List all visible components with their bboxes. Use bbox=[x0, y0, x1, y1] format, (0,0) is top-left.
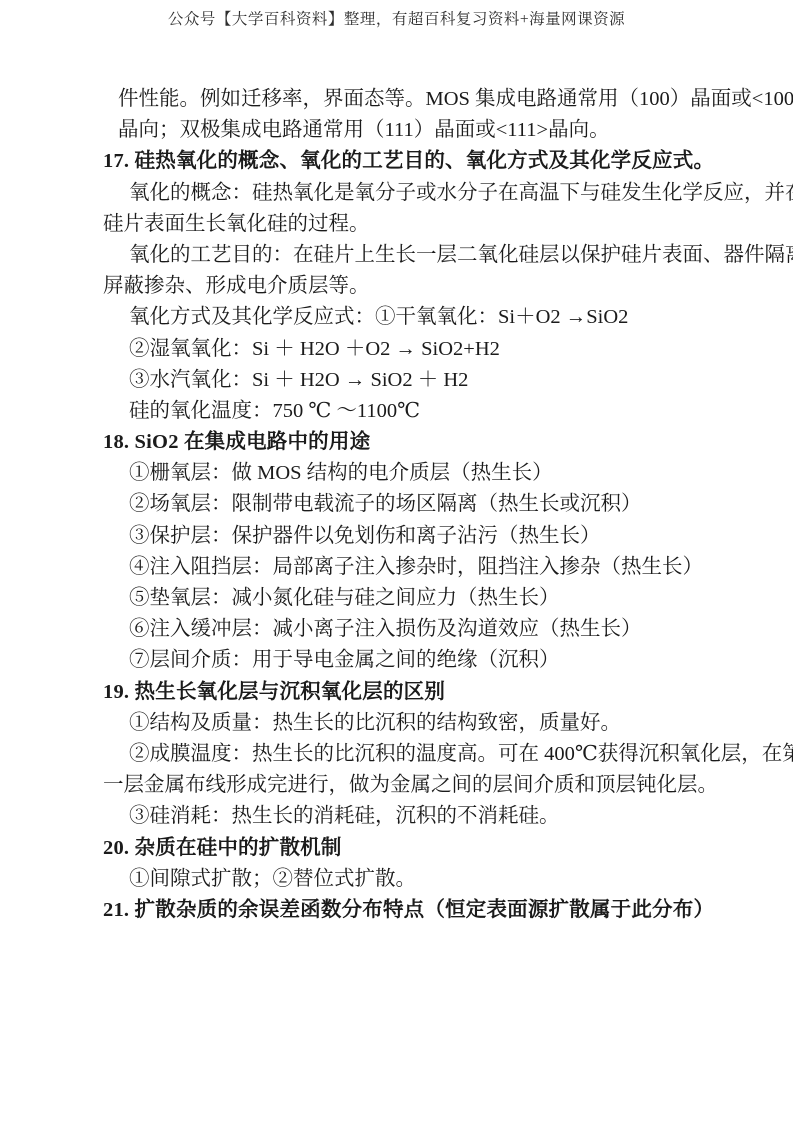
section-heading-18: 18. SiO2 在集成电路中的用途 bbox=[103, 427, 695, 458]
text-line: ②成膜温度：热生长的比沉积的温度高。可在 400℃获得沉积氧化层，在第 bbox=[103, 739, 695, 770]
text-line: 硅片表面生长氧化硅的过程。 bbox=[103, 209, 695, 240]
text-line: ⑦层间介质：用于导电金属之间的绝缘（沉积） bbox=[103, 645, 695, 676]
section-heading-20: 20. 杂质在硅中的扩散机制 bbox=[103, 833, 695, 864]
text-line: ①间隙式扩散；②替位式扩散。 bbox=[103, 864, 695, 895]
text-line: 氧化的概念：硅热氧化是氧分子或水分子在高温下与硅发生化学反应，并在 bbox=[103, 178, 695, 209]
text-line: ④注入阻挡层：局部离子注入掺杂时，阻挡注入掺杂（热生长） bbox=[103, 552, 695, 583]
text-line: 晶向；双极集成电路通常用（111）晶面或<111>晶向。 bbox=[103, 115, 695, 146]
text-line: 件性能。例如迁移率，界面态等。MOS 集成电路通常用（100）晶面或<100> bbox=[103, 84, 695, 115]
text-line: ①结构及质量：热生长的比沉积的结构致密，质量好。 bbox=[103, 708, 695, 739]
text-line: 氧化的工艺目的：在硅片上生长一层二氧化硅层以保护硅片表面、器件隔离、 bbox=[103, 240, 695, 271]
text-line: ①栅氧层：做 MOS 结构的电介质层（热生长） bbox=[103, 458, 695, 489]
section-heading-21: 21. 扩散杂质的余误差函数分布特点（恒定表面源扩散属于此分布） bbox=[103, 895, 695, 926]
text-line: ③水汽氧化：Si ＋ H2O → SiO2 ＋ H2 bbox=[103, 365, 695, 396]
text-line: 屏蔽掺杂、形成电介质层等。 bbox=[103, 271, 695, 302]
text-line: ②湿氧氧化：Si ＋ H2O ＋O2 → SiO2+H2 bbox=[103, 334, 695, 365]
text-line: 一层金属布线形成完进行，做为金属之间的层间介质和顶层钝化层。 bbox=[103, 770, 695, 801]
text-line: ②场氧层：限制带电载流子的场区隔离（热生长或沉积） bbox=[103, 489, 695, 520]
text-line: ⑤垫氧层：减小氮化硅与硅之间应力（热生长） bbox=[103, 583, 695, 614]
text-line: 氧化方式及其化学反应式：①干氧氧化：Si＋O2 →SiO2 bbox=[103, 302, 695, 333]
text-line: 硅的氧化温度：750 ℃ ～1100℃ bbox=[103, 396, 695, 427]
document-body: 件性能。例如迁移率，界面态等。MOS 集成电路通常用（100）晶面或<100> … bbox=[103, 84, 695, 926]
section-heading-17: 17. 硅热氧化的概念、氧化的工艺目的、氧化方式及其化学反应式。 bbox=[103, 146, 695, 177]
document-page: 公众号【大学百科资料】整理，有超百科复习资料+海量网课资源 件性能。例如迁移率，… bbox=[0, 0, 793, 1122]
section-heading-19: 19. 热生长氧化层与沉积氧化层的区别 bbox=[103, 677, 695, 708]
page-header-text: 公众号【大学百科资料】整理，有超百科复习资料+海量网课资源 bbox=[0, 9, 793, 31]
text-line: ③保护层：保护器件以免划伤和离子沾污（热生长） bbox=[103, 521, 695, 552]
text-line: ③硅消耗：热生长的消耗硅，沉积的不消耗硅。 bbox=[103, 801, 695, 832]
text-line: ⑥注入缓冲层：减小离子注入损伤及沟道效应（热生长） bbox=[103, 614, 695, 645]
